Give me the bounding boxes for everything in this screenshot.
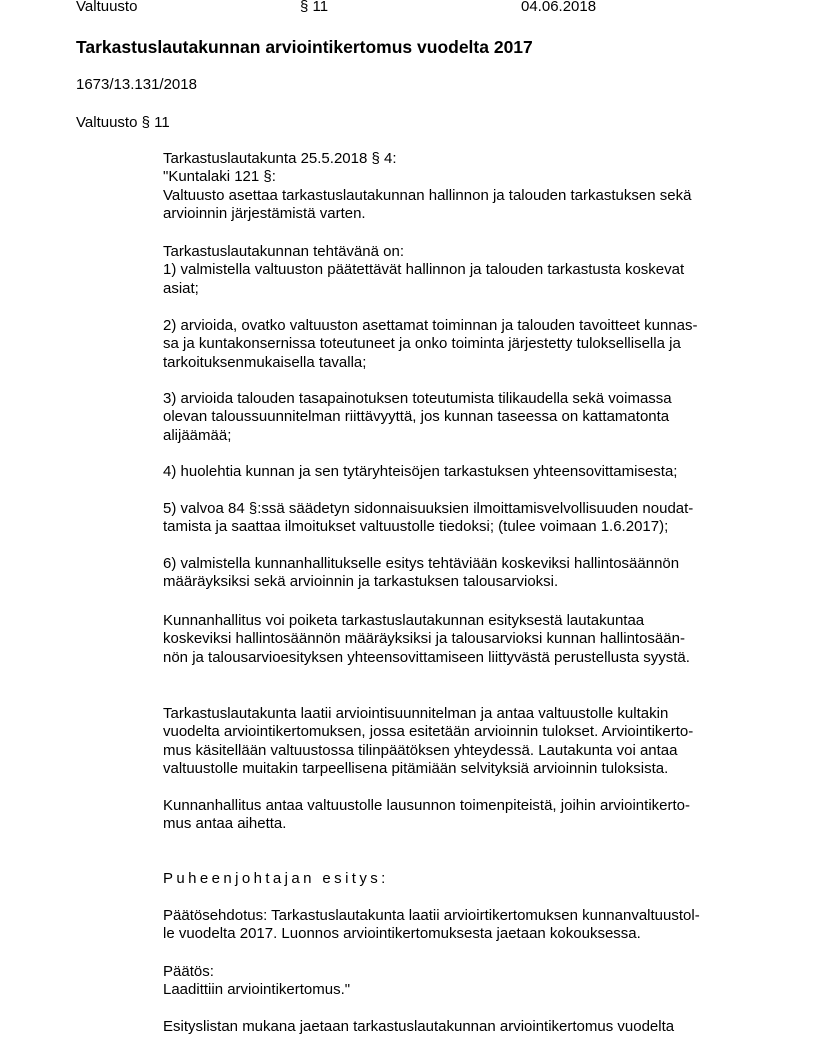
page-title: Tarkastuslautakunnan arviointikertomus v… xyxy=(76,37,533,57)
paragraph-text: Esityslistan mukana jaetaan tarkastuslau… xyxy=(163,1018,763,1036)
document-number: 1673/13.131/2018 xyxy=(76,76,197,94)
paragraph-agenda-note: Esityslistan mukana jaetaan tarkastuslau… xyxy=(163,1018,763,1036)
paragraph-tasks-item-3: 3) arvioida talouden tasapainotuksen tot… xyxy=(163,390,763,445)
paragraph-text: 4) huolehtia kunnan ja sen tytäryhteisöj… xyxy=(163,463,763,481)
paragraph-council-statement: Kunnanhallitus antaa valtuustolle lausun… xyxy=(163,797,763,834)
paragraph-tasks-item-5: 5) valvoa 84 §:ssä säädetyn sidonnaisuuk… xyxy=(163,500,763,537)
paragraph-tasks-item-1: Tarkastuslautakunnan tehtävänä on: 1) va… xyxy=(163,243,763,298)
paragraph-board-decision-intro: Tarkastuslautakunta 25.5.2018 § 4: "Kunt… xyxy=(163,150,763,223)
paragraph-text: Puheenjohtajan esitys: xyxy=(163,870,763,888)
paragraph-tasks-item-4: 4) huolehtia kunnan ja sen tytäryhteisöj… xyxy=(163,463,763,481)
paragraph-text: 3) arvioida talouden tasapainotuksen tot… xyxy=(163,390,763,445)
paragraph-text: Tarkastuslautakunnan tehtävänä on: 1) va… xyxy=(163,243,763,298)
header-date: 04.06.2018 xyxy=(521,0,596,16)
paragraph-tasks-item-6: 6) valmistella kunnanhallitukselle esity… xyxy=(163,555,763,592)
paragraph-text: Kunnanhallitus voi poiketa tarkastuslaut… xyxy=(163,612,763,667)
paragraph-tasks-item-2: 2) arvioida, ovatko valtuuston asettamat… xyxy=(163,317,763,372)
paragraph-text: Tarkastuslautakunta laatii arviointisuun… xyxy=(163,705,763,778)
header-body: Valtuusto xyxy=(76,0,137,16)
paragraph-council-deviation: Kunnanhallitus voi poiketa tarkastuslaut… xyxy=(163,612,763,667)
paragraph-text: 2) arvioida, ovatko valtuuston asettamat… xyxy=(163,317,763,372)
paragraph-evaluation-plan: Tarkastuslautakunta laatii arviointisuun… xyxy=(163,705,763,778)
paragraph-decision-proposal: Päätösehdotus: Tarkastuslautakunta laati… xyxy=(163,907,763,944)
header-section: § 11 xyxy=(300,0,328,16)
paragraph-decision: Päätös: Laadittiin arviointikertomus." xyxy=(163,963,763,1000)
paragraph-text: Päätösehdotus: Tarkastuslautakunta laati… xyxy=(163,907,763,944)
section-reference: Valtuusto § 11 xyxy=(76,114,170,132)
paragraph-text: Päätös: Laadittiin arviointikertomus." xyxy=(163,963,763,1000)
paragraph-text: Kunnanhallitus antaa valtuustolle lausun… xyxy=(163,797,763,834)
paragraph-text: Tarkastuslautakunta 25.5.2018 § 4: "Kunt… xyxy=(163,150,763,223)
paragraph-text: 5) valvoa 84 §:ssä säädetyn sidonnaisuuk… xyxy=(163,500,763,537)
chairman-proposal-heading: Puheenjohtajan esitys: xyxy=(163,870,763,888)
paragraph-text: 6) valmistella kunnanhallitukselle esity… xyxy=(163,555,763,592)
